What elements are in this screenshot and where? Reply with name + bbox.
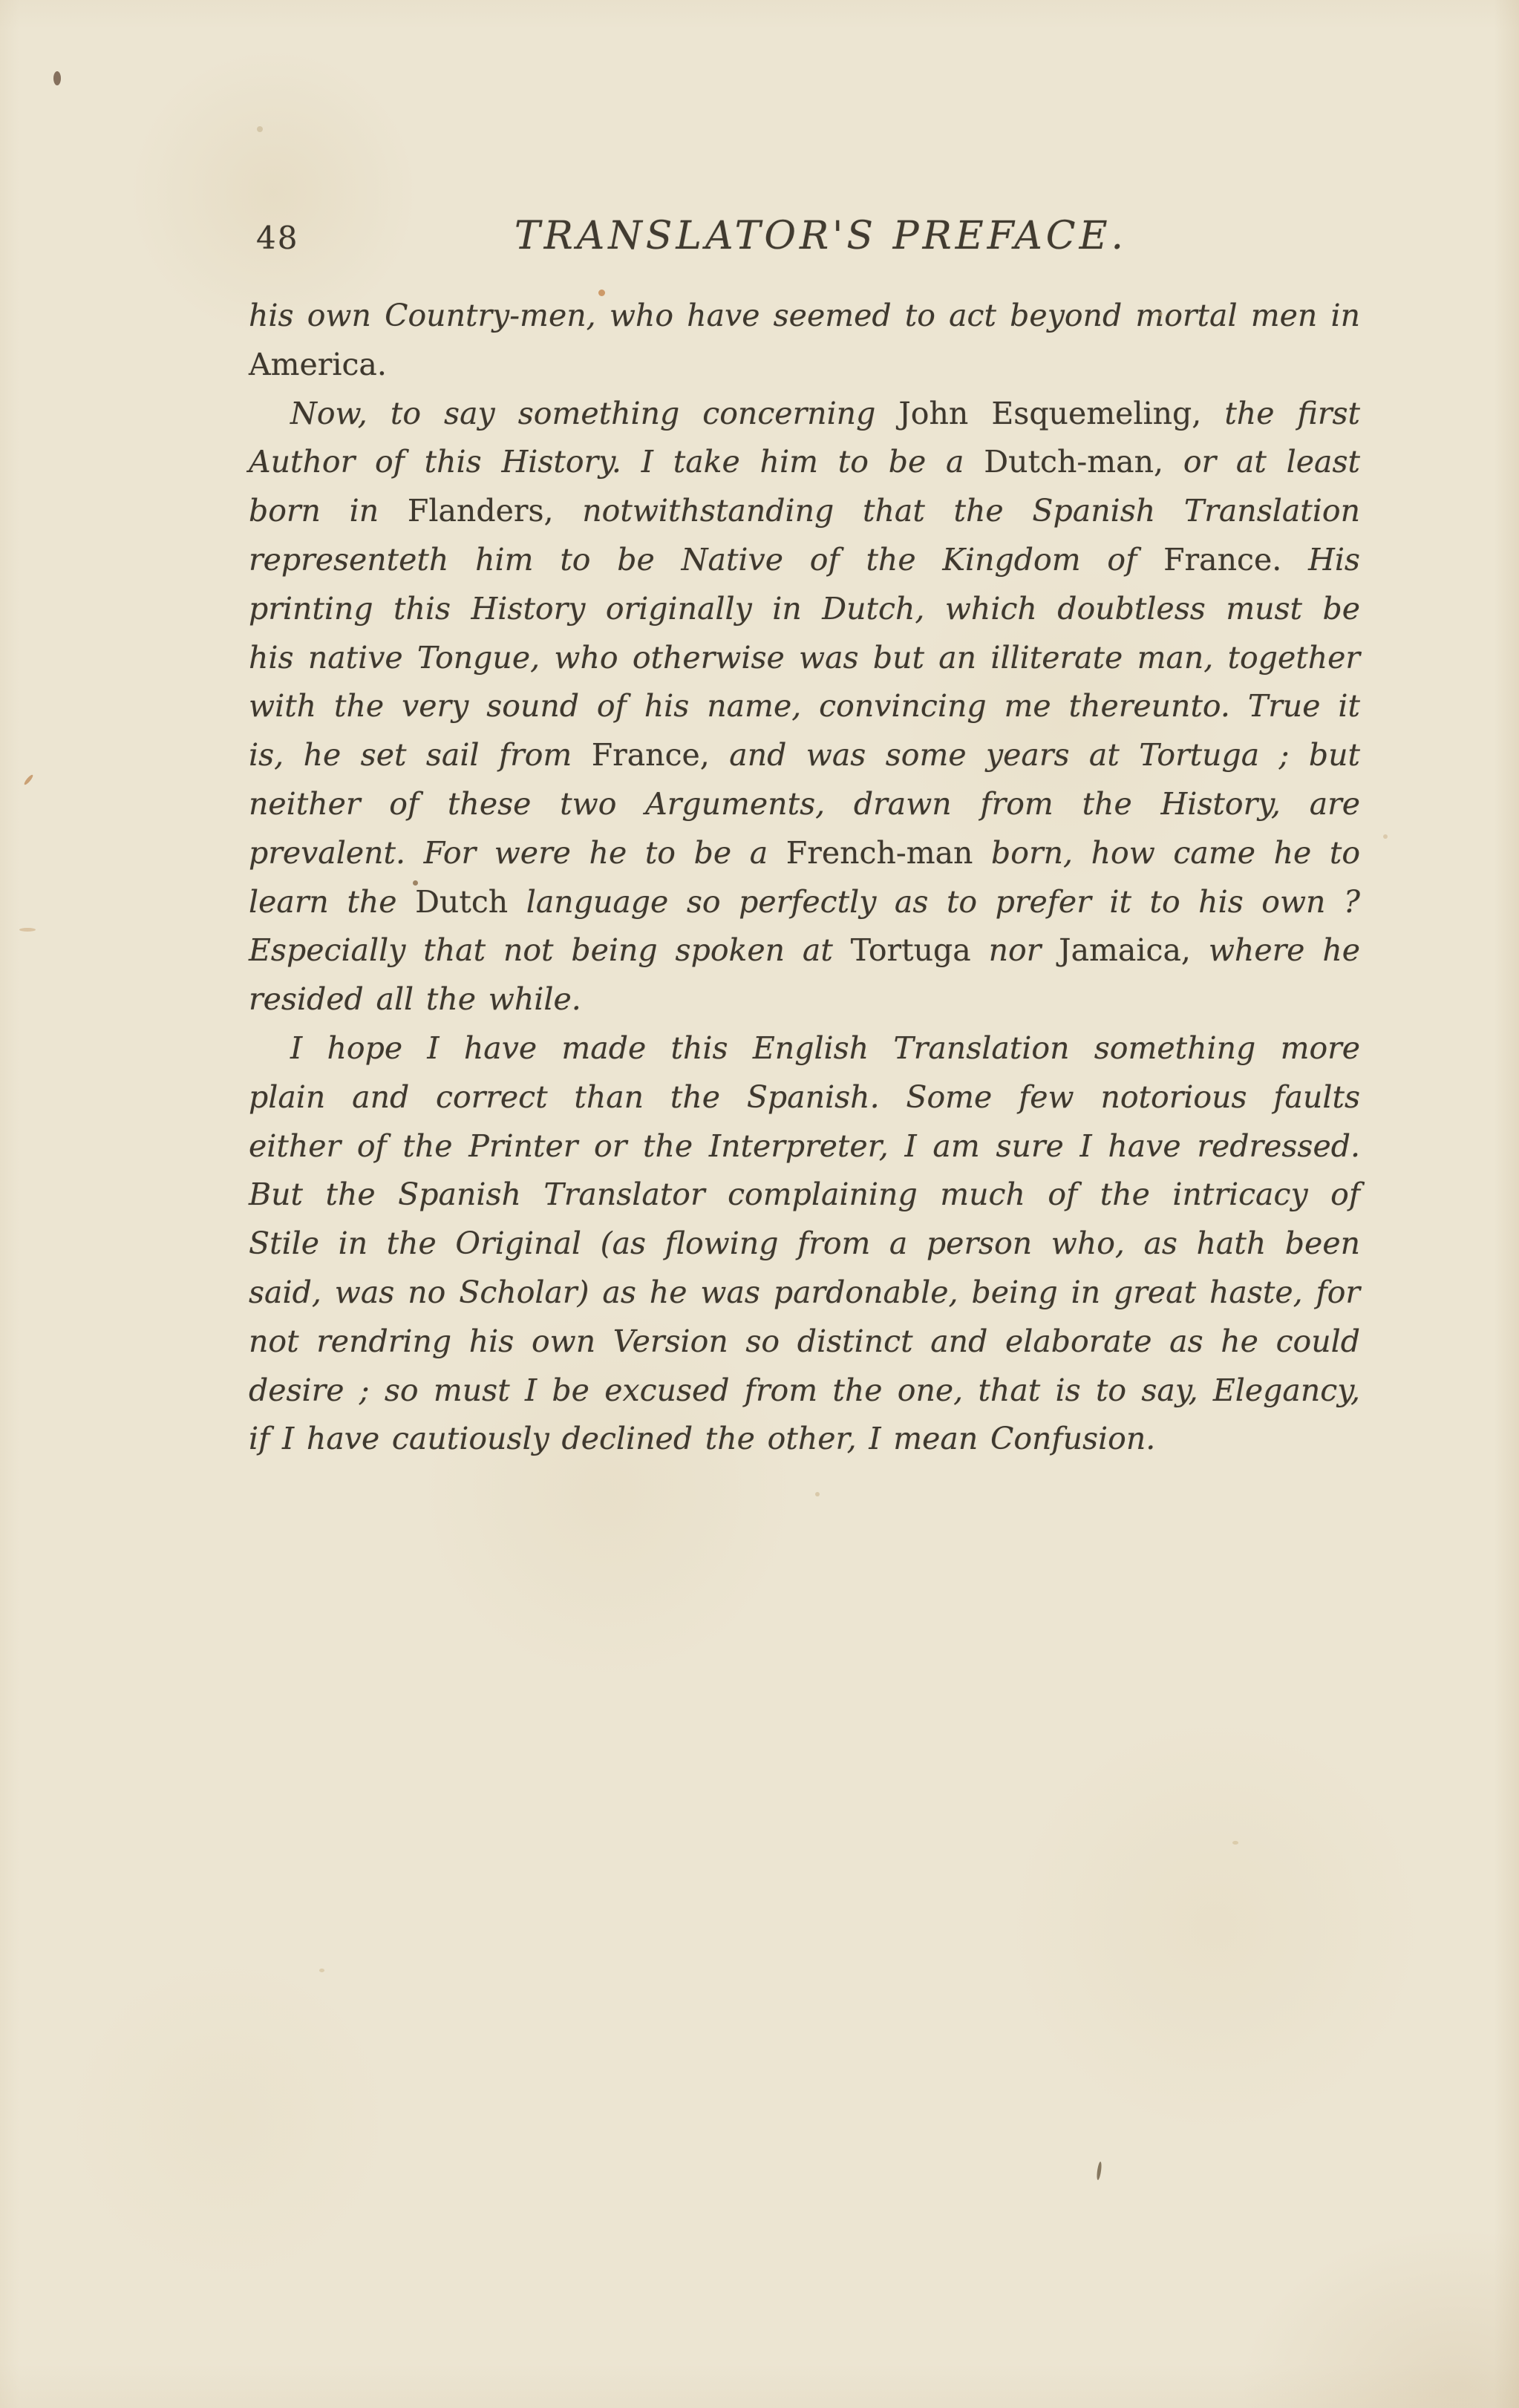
text-line: But the Spanish Translator complaining m… [249, 1171, 1360, 1220]
text-segment: French-man [786, 835, 991, 871]
text-line: representeth him to be Native of the Kin… [249, 536, 1360, 585]
text-segment: Flanders, [408, 493, 582, 529]
text-segment: Stile in the Original (as flowing from a… [249, 1226, 1360, 1261]
paper-speck [53, 71, 61, 85]
text-line: printing this History originally in Dutc… [249, 585, 1360, 634]
text-segment: prevalent. For were he to be a [249, 835, 786, 871]
text-segment: printing this History originally in Dutc… [249, 591, 1360, 626]
text-line: resided all the while. [249, 975, 1360, 1024]
paper-speck [1232, 1841, 1238, 1845]
text-segment: Dutch-man, [984, 444, 1183, 480]
text-segment: I hope I have made this English Translat… [249, 1030, 1360, 1066]
text-line: neither of these two Arguments, drawn fr… [249, 780, 1360, 829]
text-segment: Dutch [415, 884, 526, 920]
text-segment: either of the Printer or the Interpreter… [249, 1128, 1360, 1164]
text-line: with the very sound of his name, convinc… [249, 682, 1360, 731]
text-segment: plain and correct than the Spanish. Some… [249, 1079, 1360, 1115]
text-line: plain and correct than the Spanish. Some… [249, 1073, 1360, 1122]
text-line: born in Flanders, notwithstanding that t… [249, 487, 1360, 536]
text-line: I hope I have made this English Translat… [249, 1024, 1360, 1073]
text-line: either of the Printer or the Interpreter… [249, 1122, 1360, 1171]
text-line: if I have cautiously declined the other,… [249, 1415, 1360, 1464]
text-line: Especially that not being spoken at Tort… [249, 926, 1360, 975]
text-segment: Especially that not being spoken at [249, 932, 851, 968]
text-segment: or at least [1183, 444, 1360, 480]
text-segment: language so perfectly as to prefer it to… [526, 884, 1360, 920]
text-line: Stile in the Original (as flowing from a… [249, 1220, 1360, 1269]
paper-speck [19, 928, 36, 932]
text-segment: his native Tongue, who otherwise was but… [249, 640, 1360, 675]
text-segment: Tortuga [851, 932, 989, 968]
text-segment: resided all the while. [249, 981, 581, 1017]
text-segment: America. [249, 347, 387, 382]
text-line: desire ; so must I be excused from the o… [249, 1367, 1360, 1416]
text-line: America. [249, 341, 1360, 390]
text-segment: Now, to say something concerning [249, 396, 898, 431]
paper-speck [1096, 2162, 1102, 2180]
text-segment: notwithstanding that the Spanish Transla… [582, 493, 1360, 529]
text-segment: born in [249, 493, 408, 529]
text-segment: if I have cautiously declined the other,… [249, 1421, 1155, 1456]
text-segment: said, was no Scholar) as he was pardonab… [249, 1275, 1360, 1310]
text-line: Now, to say something concerning John Es… [249, 390, 1360, 439]
paper-speck [319, 1969, 324, 1972]
text-segment: France. [1163, 542, 1308, 578]
text-line: Author of this History. I take him to be… [249, 438, 1360, 487]
text-segment: with the very sound of his name, convinc… [249, 688, 1360, 724]
text-segment: France, [592, 737, 730, 773]
text-segment: where he [1209, 932, 1360, 968]
text-segment: Author of this History. I take him to be… [249, 444, 984, 480]
paper-speck [257, 126, 263, 132]
text-line: prevalent. For were he to be a French-ma… [249, 829, 1360, 878]
text-line: his own Country-men, who have seemed to … [249, 292, 1360, 341]
text-segment: neither of these two Arguments, drawn fr… [249, 786, 1360, 822]
text-line: his native Tongue, who otherwise was but… [249, 634, 1360, 683]
text-line: is, he set sail from France, and was som… [249, 731, 1360, 780]
text-line: not rendring his own Version so distinct… [249, 1318, 1360, 1367]
text-segment: is, he set sail from [249, 737, 592, 773]
text-segment: learn the [249, 884, 415, 920]
text-segment: Jamaica, [1059, 932, 1209, 968]
paper-speck [413, 880, 418, 886]
text-segment: John Esquemeling, [898, 396, 1224, 431]
text-segment: born, how came he to [991, 835, 1360, 871]
paper-speck [598, 289, 605, 296]
text-segment: not rendring his own Version so distinct… [249, 1324, 1360, 1359]
paper-speck [1383, 834, 1388, 839]
text-segment: nor [989, 932, 1059, 968]
preface-text-block: his own Country-men, who have seemed to … [249, 292, 1360, 1464]
book-page: 48 TRANSLATOR'S PREFACE. his own Country… [0, 0, 1519, 2408]
text-segment: desire ; so must I be excused from the o… [249, 1373, 1360, 1408]
text-line: said, was no Scholar) as he was pardonab… [249, 1269, 1360, 1318]
text-segment: representeth him to be Native of the Kin… [249, 542, 1163, 578]
text-segment: But the Spanish Translator complaining m… [249, 1177, 1360, 1212]
page-header: 48 TRANSLATOR'S PREFACE. [249, 214, 1360, 258]
running-title: TRANSLATOR'S PREFACE. [265, 214, 1376, 258]
text-segment: His [1308, 542, 1360, 578]
text-segment: his own Country-men, who have seemed to … [249, 298, 1360, 333]
paper-speck [1158, 312, 1163, 316]
paper-speck [23, 773, 34, 785]
text-segment: and was some years at Tortuga ; but [729, 737, 1360, 773]
paper-speck [815, 1492, 820, 1496]
text-segment: the first [1224, 396, 1360, 431]
